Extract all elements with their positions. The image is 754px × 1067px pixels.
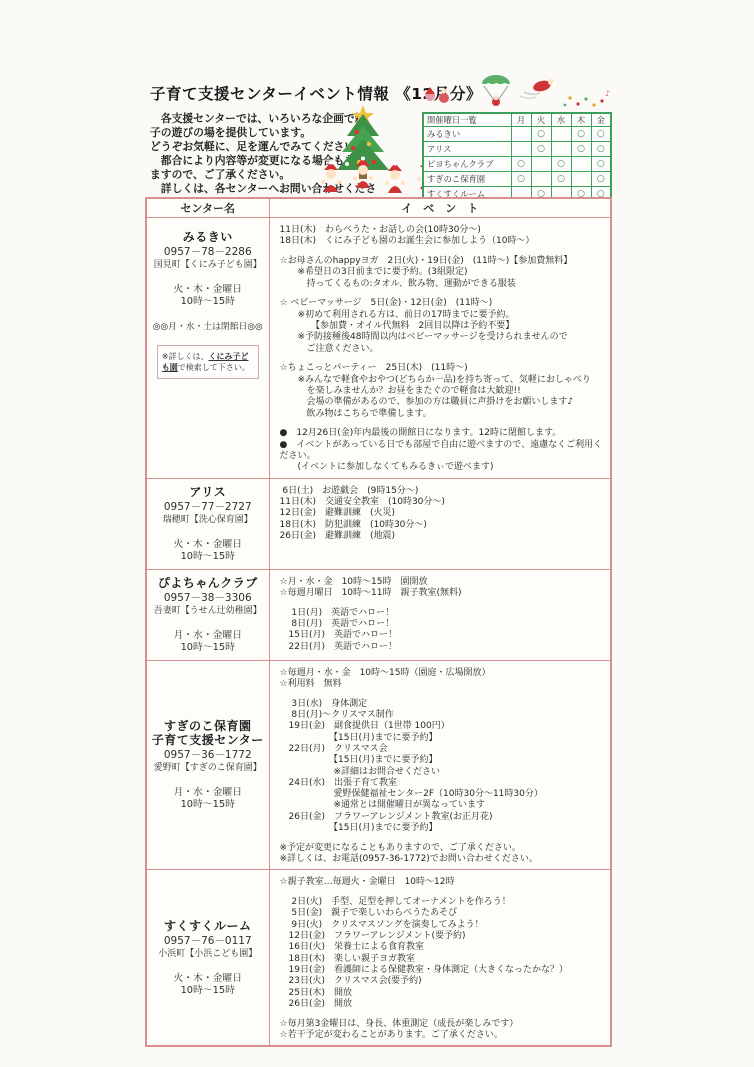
event-line: 飲み物はこちらで準備します。 — [280, 409, 607, 420]
center-name: ぴよちゃんクラブ — [149, 576, 267, 590]
event-line: 3日(水) 身体測定 — [280, 699, 607, 710]
event-line: 19日(金) 看護師による保健教室・身体測定（大きくなったかな？） — [280, 965, 607, 976]
event-line: ※詳しくは、お電話(0957-36-1772)でお問い合わせください。 — [280, 854, 607, 865]
event-line: 8日(月) 英語でハロー！ — [280, 619, 607, 630]
schedule-day-header: 金 — [591, 113, 611, 127]
event-line: ※詳細はお問合せください — [280, 767, 607, 778]
event-line: 25日(木) 開放 — [280, 988, 607, 999]
schedule-day-header: 木 — [571, 113, 591, 127]
event-line: 22日(月) 英語でハロー！ — [280, 642, 607, 653]
event-line — [280, 248, 607, 257]
center-phone: 0957－76－0117 — [149, 935, 267, 948]
center-phone: 0957－78－2286 — [149, 246, 267, 259]
open-day-mark: ○ — [597, 144, 605, 154]
event-line — [280, 690, 607, 699]
schedule-mark-cell — [551, 142, 571, 157]
event-line — [280, 834, 607, 843]
center-info-sukusuku: すくすくルーム0957－76－0117小浜町【小浜こども園】火・木・金曜日10時… — [146, 870, 269, 1046]
open-day-mark: ○ — [537, 129, 545, 139]
event-line: ☆毎週月・水・金 10時～15時（園庭・広場開放） — [280, 668, 607, 679]
schedule-center-name: アリス — [423, 142, 511, 157]
event-line: ☆親子教室…毎週火・金曜日 10時～12時 — [280, 877, 607, 888]
event-line: 9日(火) クリスマスソングを演奏してみよう！ — [280, 920, 607, 931]
schedule-center-name: みるきい — [423, 127, 511, 142]
event-line: 19日(金) 副食提供日（1世帯 100円） — [280, 721, 607, 732]
center-name-header: センター名 — [146, 198, 269, 218]
event-line: 5日(金) 親子で楽しいわらべうたあそび — [280, 908, 607, 919]
center-location: 愛野町【すぎのこ保育園】 — [149, 762, 267, 774]
center-phone: 0957－36－1772 — [149, 749, 267, 762]
open-day-mark: ○ — [517, 174, 525, 184]
center-location: 小浜町【小浜こども園】 — [149, 948, 267, 960]
center-info-alice: アリス0957－77－2727瑞穂町【洗心保育園】火・木・金曜日10時～15時 — [146, 478, 269, 569]
center-location: 吾妻町【うせん辻幼稚園】 — [149, 605, 267, 617]
center-name: すくすくルーム — [149, 919, 267, 933]
open-day-mark: ○ — [557, 174, 565, 184]
scanned-flyer-page: 子育て支援センターイベント情報 《12月分》 各支援センターでは、いろいろな企画… — [0, 0, 754, 1067]
schedule-mark-cell: ○ — [571, 127, 591, 142]
event-line: 6日(土) お遊戯会 (9時15分～) — [280, 486, 607, 497]
event-line: ご注意ください。 — [280, 344, 607, 355]
event-header: イ ベ ン ト — [269, 198, 611, 218]
center-name: みるきい — [149, 230, 267, 244]
event-line: ● 12月26日(金)年内最後の開館日になります。12時に閉館します。 — [280, 428, 607, 439]
event-line: 12日(金) 避難訓練 (火災) — [280, 508, 607, 519]
schedule-mark-cell: ○ — [551, 172, 571, 187]
center-phone: 0957－38－3306 — [149, 592, 267, 605]
event-line — [280, 1010, 607, 1019]
schedule-mark-cell: ○ — [591, 127, 611, 142]
event-line: ☆若干予定が変わることがあります。ご了承ください。 — [280, 1030, 607, 1041]
event-line: を楽しみませんか？お昼をまたぐので軽食は大歓迎!! — [280, 386, 607, 397]
schedule-mark-cell: ○ — [531, 127, 551, 142]
event-table-header-row: センター名 イ ベ ン ト — [146, 198, 611, 218]
events-alice: 6日(土) お遊戯会 (9時15分～)11日(木) 交通安全教室 (10時30分… — [269, 478, 611, 569]
event-line: 18日(木) くにみ子ども園のお誕生会に参加しよう（10時～） — [280, 236, 607, 247]
event-line: ☆利用料 無料 — [280, 679, 607, 690]
event-line: 11日(木) わらべうた・お話しの会(10時30分～) — [280, 225, 607, 236]
schedule-mark-cell: ○ — [551, 157, 571, 172]
center-name: すぎのこ保育園 — [149, 719, 267, 733]
open-day-mark: ○ — [597, 129, 605, 139]
event-line: 【15日(月)までに要予約】 — [280, 823, 607, 834]
event-line: ☆お母さんのhappyヨガ 2日(火)・19日(金) (11時～)【参加費無料】 — [280, 256, 607, 267]
event-line: 24日(水) 出張子育て教室 — [280, 778, 607, 789]
center-phone: 0957－77－2727 — [149, 501, 267, 514]
center-info-suginoko: すぎのこ保育園子育て支援センター0957－36－1772愛野町【すぎのこ保育園】… — [146, 660, 269, 870]
event-line: ※通常とは開催曜日が異なっています — [280, 800, 607, 811]
event-line: 23日(火) クリスマス会(要予約) — [280, 976, 607, 987]
event-line — [280, 889, 607, 898]
event-line: ※予防接種後48時間以内はベビーマッサージを受けられませんので — [280, 332, 607, 343]
event-line: ※みんなで軽食やおやつ(どちらか一品)を持ち寄って、気軽におしゃべり — [280, 375, 607, 386]
schedule-row: みるきい○○○ — [423, 127, 611, 142]
event-line: ※予定が変更になることもありますので、ご了承ください。 — [280, 843, 607, 854]
schedule-header-row: 開催曜日一覧月火水木金 — [423, 113, 611, 127]
center-open-hours: 10時～15時 — [149, 985, 267, 997]
event-line: (イベントに参加しなくてもみるきぃで遊べます) — [280, 462, 607, 473]
center-open-hours: 10時～15時 — [149, 296, 267, 308]
search-note-box: ※詳しくは、くにみ子ども園で検索して下さい。 — [157, 345, 259, 379]
search-note-prefix: ※詳しくは、 — [162, 352, 209, 361]
event-line: 16日(火) 栄養士による食育教室 — [280, 942, 607, 953]
event-line: 26日(金) フラワーアレンジメント教室(お正月花) — [280, 812, 607, 823]
event-line: 11日(木) 交通安全教室 (10時30分～) — [280, 497, 607, 508]
events-suginoko: ☆毎週月・水・金 10時～15時（園庭・広場開放）☆利用料 無料 3日(水) 身… — [269, 660, 611, 870]
center-info-mirukii: みるきい0957－78－2286国見町【くにみ子ども園】火・木・金曜日10時～1… — [146, 218, 269, 479]
event-table-row-mirukii: みるきい0957－78－2286国見町【くにみ子ども園】火・木・金曜日10時～1… — [146, 218, 611, 479]
center-open-days: 月・水・金曜日 — [149, 630, 267, 642]
event-line: 26日(金) 開放 — [280, 999, 607, 1010]
center-open-hours: 10時～15時 — [149, 799, 267, 811]
schedule-mark-cell: ○ — [511, 172, 531, 187]
schedule-mark-cell: ○ — [591, 157, 611, 172]
event-line: 2日(火) 手型、足型を押してオーナメントを作ろう！ — [280, 897, 607, 908]
open-day-mark: ○ — [517, 159, 525, 169]
schedule-mark-cell: ○ — [531, 142, 551, 157]
event-line: ☆毎週月曜日 10時～11時 親子教室(無料) — [280, 588, 607, 599]
holiday-doodles-icon: ♪ — [420, 74, 612, 112]
event-line: ☆ちょこっとパーティー 25日(木) (11時～) — [280, 363, 607, 374]
schedule-center-name: ピヨちゃんクラブ — [423, 157, 511, 172]
center-location: 国見町【くにみ子ども園】 — [149, 259, 267, 271]
search-note-suffix: で検索して下さい。 — [178, 363, 250, 372]
event-line: 会場の準備があるので、参加の方は職員に声掛けをお願いします♪ — [280, 397, 607, 408]
event-table-row-suginoko: すぎのこ保育園子育て支援センター0957－36－1772愛野町【すぎのこ保育園】… — [146, 660, 611, 870]
center-open-days: 月・水・金曜日 — [149, 787, 267, 799]
schedule-row: アリス○○○ — [423, 142, 611, 157]
schedule-title-cell: 開催曜日一覧 — [423, 113, 511, 127]
event-line: ☆ ベビーマッサージ 5日(金)・12日(金) (11時～) — [280, 298, 607, 309]
center-open-days: 火・木・金曜日 — [149, 539, 267, 551]
event-line: 【15日(月)までに要予約】 — [280, 755, 607, 766]
center-open-hours: 10時～15時 — [149, 551, 267, 563]
schedule-day-header: 火 — [531, 113, 551, 127]
center-open-hours: 10時～15時 — [149, 642, 267, 654]
event-line: 22日(月) クリスマス会 — [280, 744, 607, 755]
schedule-mark-cell — [511, 142, 531, 157]
schedule-mark-cell: ○ — [511, 157, 531, 172]
open-day-mark: ○ — [597, 159, 605, 169]
event-line: ☆毎月第3金曜日は、身長、体重測定（成長が楽しみです） — [280, 1019, 607, 1030]
events-sukusuku: ☆親子教室…毎週火・金曜日 10時～12時 2日(火) 手型、足型を押してオーナ… — [269, 870, 611, 1046]
schedule-mark-cell — [571, 172, 591, 187]
events-piyochan: ☆月・水・金 10時～15時 園開放☆毎週月曜日 10時～11時 親子教室(無料… — [269, 569, 611, 660]
event-line: 【15日(月)までに要予約】 — [280, 733, 607, 744]
schedule-mark-cell — [531, 157, 551, 172]
event-table: センター名 イ ベ ン ト みるきい0957－78－2286国見町【くにみ子ども… — [145, 197, 612, 1047]
event-table-row-sukusuku: すくすくルーム0957－76－0117小浜町【小浜こども園】火・木・金曜日10時… — [146, 870, 611, 1046]
event-table-row-piyochan: ぴよちゃんクラブ0957－38－3306吾妻町【うせん辻幼稚園】月・水・金曜日1… — [146, 569, 611, 660]
event-line: ● イベントがあっている日でも部屋で自由に遊べますので、遠慮なくご利用ください。 — [280, 440, 607, 463]
open-day-mark: ○ — [537, 144, 545, 154]
event-line: 持ってくるもの:タオル、飲み物、運動ができる服装 — [280, 279, 607, 290]
event-line: 18日(木) 防犯訓練 (10時30分～) — [280, 520, 607, 531]
schedule-mark-cell: ○ — [591, 172, 611, 187]
event-line: 愛野保健福祉センター2F（10時30分～11時30分） — [280, 789, 607, 800]
center-location: 瑞穂町【洗心保育園】 — [149, 514, 267, 526]
event-table-row-alice: アリス0957－77－2727瑞穂町【洗心保育園】火・木・金曜日10時～15時 … — [146, 478, 611, 569]
schedule-table: 開催曜日一覧月火水木金 みるきい○○○アリス○○○ピヨちゃんクラブ○○○すぎのこ… — [422, 112, 612, 203]
schedule-mark-cell — [511, 127, 531, 142]
event-line: 12日(金) フラワーアレンジメント(要予約) — [280, 931, 607, 942]
events-mirukii: 11日(木) わらべうた・お話しの会(10時30分～)18日(木) くにみ子ども… — [269, 218, 611, 479]
event-line: 15日(月) 英語でハロー！ — [280, 630, 607, 641]
center-name: アリス — [149, 485, 267, 499]
schedule-mark-cell: ○ — [591, 142, 611, 157]
event-line: 18日(木) 楽しい親子ヨガ教室 — [280, 954, 607, 965]
event-line: 【参加費・オイル代無料 2回目以降は予約不要】 — [280, 321, 607, 332]
event-line — [280, 599, 607, 608]
open-day-mark: ○ — [577, 129, 585, 139]
schedule-row: ピヨちゃんクラブ○○○ — [423, 157, 611, 172]
closed-days-note: ◎◎月・水・土は閉館日◎◎ — [149, 322, 267, 333]
open-day-mark: ○ — [557, 159, 565, 169]
schedule-mark-cell: ○ — [571, 142, 591, 157]
schedule-mark-cell — [551, 127, 571, 142]
center-open-days: 火・木・金曜日 — [149, 284, 267, 296]
center-open-days: 火・木・金曜日 — [149, 973, 267, 985]
event-line: ☆月・水・金 10時～15時 園開放 — [280, 577, 607, 588]
open-day-mark: ○ — [577, 144, 585, 154]
schedule-day-header: 水 — [551, 113, 571, 127]
center-name: 子育て支援センター — [149, 733, 267, 747]
event-line: 8日(月)～クリスマス制作 — [280, 710, 607, 721]
schedule-day-header: 月 — [511, 113, 531, 127]
schedule-mark-cell — [531, 172, 551, 187]
schedule-center-name: すぎのこ保育園 — [423, 172, 511, 187]
schedule-mark-cell — [571, 157, 591, 172]
center-info-piyochan: ぴよちゃんクラブ0957－38－3306吾妻町【うせん辻幼稚園】月・水・金曜日1… — [146, 569, 269, 660]
event-line: 26日(金) 避難訓練 (地震) — [280, 531, 607, 542]
schedule-row: すぎのこ保育園○○○ — [423, 172, 611, 187]
svg-text:♪: ♪ — [605, 89, 610, 98]
event-line: ※希望日の3日前までに要予約。(3組限定) — [280, 267, 607, 278]
event-line: 1日(月) 英語でハロー！ — [280, 608, 607, 619]
open-day-mark: ○ — [597, 174, 605, 184]
event-line: ※初めて利用される方は、前日の17時までに要予約。 — [280, 310, 607, 321]
